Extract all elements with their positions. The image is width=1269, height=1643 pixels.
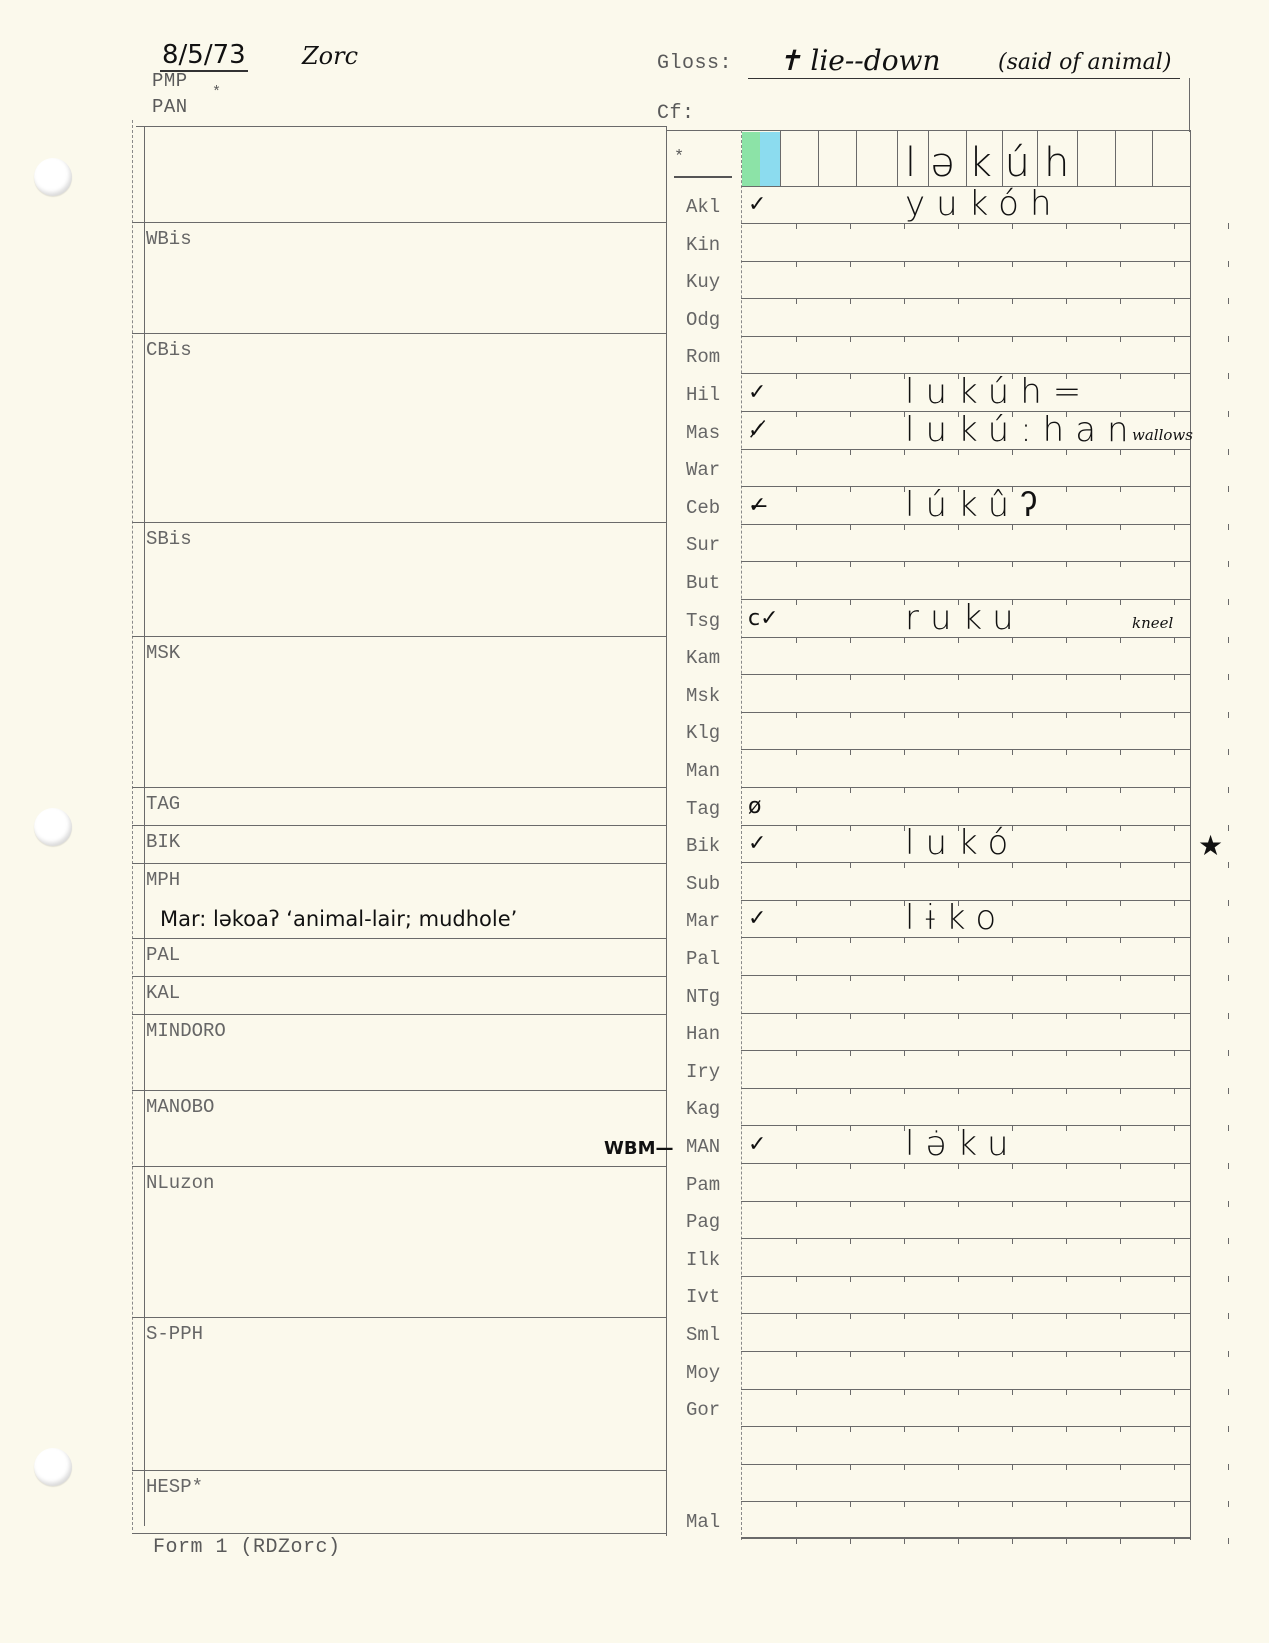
row-tick	[1012, 1389, 1013, 1395]
group-divider	[132, 863, 666, 864]
gloss-label: Gloss:	[657, 52, 732, 75]
row-tick	[958, 1163, 959, 1169]
row-tick	[958, 1013, 959, 1019]
row-tick	[1120, 223, 1121, 229]
group-divider	[132, 1014, 666, 1015]
form-label: Form 1 (RDZorc)	[153, 1536, 341, 1559]
row-tick	[1120, 1050, 1121, 1056]
row-tick	[958, 1050, 959, 1056]
group-divider	[132, 636, 666, 637]
row-tick	[1120, 599, 1121, 605]
row-tick	[904, 336, 905, 342]
row-tick	[1012, 223, 1013, 229]
row-tick	[850, 1276, 851, 1282]
row-line	[741, 1389, 1190, 1390]
row-tick	[904, 787, 905, 793]
group-label: KAL	[146, 982, 180, 1004]
row-tick	[850, 223, 851, 229]
row-tick	[904, 223, 905, 229]
row-tick	[904, 1050, 905, 1056]
check-mark: c✓	[748, 606, 779, 631]
row-tick	[850, 561, 851, 567]
row-tick	[1120, 298, 1121, 304]
row-tick	[1174, 1088, 1175, 1094]
group-divider	[132, 976, 666, 977]
reflex-form[interactable]: lukó	[905, 823, 1019, 863]
row-tick	[1012, 524, 1013, 530]
row-tick	[1120, 862, 1121, 868]
row-tick	[958, 1501, 959, 1507]
row-tick	[1066, 599, 1067, 605]
row-tick	[958, 261, 959, 267]
row-tick	[904, 561, 905, 567]
row-tick	[904, 1276, 905, 1282]
reflex-form[interactable]: lukúh=	[905, 372, 1092, 412]
row-tick	[850, 862, 851, 868]
row-tick	[1066, 1276, 1067, 1282]
punch-hole	[34, 808, 72, 846]
language-code: Msk	[686, 685, 720, 707]
row-tick	[1120, 1276, 1121, 1282]
row-tick	[796, 825, 797, 831]
reflex-form[interactable]: lúkûʔ	[905, 485, 1048, 525]
row-line	[741, 336, 1190, 337]
language-code: Kag	[686, 1098, 720, 1120]
row-tick	[796, 1013, 797, 1019]
row-tick	[1228, 787, 1229, 793]
reflex-form[interactable]: yukóh	[905, 184, 1063, 224]
row-tick	[1120, 449, 1121, 455]
row-tick	[1066, 1125, 1067, 1131]
row-tick	[1174, 900, 1175, 906]
row-tick	[958, 298, 959, 304]
row-tick	[904, 937, 905, 943]
row-tick	[796, 1464, 797, 1470]
frame-mid	[666, 126, 667, 1536]
row-tick	[1174, 1464, 1175, 1470]
row-tick	[850, 1201, 851, 1207]
row-tick	[1066, 1426, 1067, 1432]
row-tick	[1228, 825, 1229, 831]
check-mark: ✓	[748, 192, 766, 217]
row-tick	[796, 1276, 797, 1282]
row-tick	[850, 1501, 851, 1507]
row-tick	[1120, 1389, 1121, 1395]
row-tick	[1012, 749, 1013, 755]
row-tick	[1120, 373, 1121, 379]
row-tick	[1120, 1125, 1121, 1131]
row-tick	[1228, 561, 1229, 567]
row-tick	[1066, 336, 1067, 342]
row-tick	[1012, 1464, 1013, 1470]
row-tick	[796, 937, 797, 943]
row-tick	[796, 223, 797, 229]
row-tick	[850, 336, 851, 342]
gloss-note: (said of animal)	[998, 50, 1171, 75]
row-line	[741, 1276, 1190, 1277]
row-tick	[1228, 1125, 1229, 1131]
row-tick	[1228, 1426, 1229, 1432]
row-tick	[850, 373, 851, 379]
row-tick	[850, 787, 851, 793]
row-tick	[904, 1464, 905, 1470]
row-tick	[958, 1389, 959, 1395]
row-tick	[1174, 336, 1175, 342]
row-tick	[850, 411, 851, 417]
row-line	[741, 674, 1190, 675]
row-tick	[1066, 223, 1067, 229]
row-tick	[958, 1276, 959, 1282]
row-tick	[1012, 1050, 1013, 1056]
row-tick	[1228, 1351, 1229, 1357]
row-tick	[796, 712, 797, 718]
row-tick	[1120, 1201, 1121, 1207]
row-tick	[1012, 1238, 1013, 1244]
row-tick	[958, 561, 959, 567]
row-tick	[1174, 975, 1175, 981]
row-line	[741, 787, 1190, 788]
row-tick	[796, 1426, 797, 1432]
row-tick	[1066, 749, 1067, 755]
language-code: Hil	[686, 384, 720, 406]
row-tick	[1012, 712, 1013, 718]
row-tick	[1228, 373, 1229, 379]
language-code: Pam	[686, 1174, 720, 1196]
row-tick	[958, 524, 959, 530]
row-tick	[1174, 787, 1175, 793]
row-tick	[1012, 449, 1013, 455]
row-tick	[1228, 975, 1229, 981]
row-tick	[1066, 298, 1067, 304]
language-code: Man	[686, 760, 720, 782]
check-mark: ✓	[748, 1132, 766, 1157]
row-tick	[796, 599, 797, 605]
row-tick	[1012, 1276, 1013, 1282]
row-tick	[904, 449, 905, 455]
row-tick	[958, 712, 959, 718]
row-tick	[796, 298, 797, 304]
row-line	[741, 1313, 1190, 1314]
row-tick	[904, 862, 905, 868]
row-tick	[850, 1464, 851, 1470]
row-tick	[796, 1389, 797, 1395]
row-tick	[1120, 1088, 1121, 1094]
group-label: CBis	[146, 339, 192, 361]
row-tick	[1120, 749, 1121, 755]
row-tick	[850, 1426, 851, 1432]
row-line	[741, 1351, 1190, 1352]
row-tick	[1120, 825, 1121, 831]
row-tick	[958, 336, 959, 342]
row-tick	[1228, 749, 1229, 755]
highlight-green	[742, 132, 760, 186]
row-tick	[958, 674, 959, 680]
row-tick	[796, 900, 797, 906]
language-code: Sur	[686, 534, 720, 556]
row-tick	[1174, 674, 1175, 680]
row-tick	[1174, 261, 1175, 267]
row-tick	[958, 1238, 959, 1244]
reflex-form[interactable]: lə̇ku	[905, 1124, 1020, 1164]
row-tick	[1174, 1125, 1175, 1131]
row-tick	[1174, 1538, 1175, 1544]
row-tick	[1120, 1426, 1121, 1432]
date: 8/5/73	[160, 40, 248, 72]
row-tick	[1228, 336, 1229, 342]
group-note[interactable]: Mar: ləkoaʔ ‘animal-lair; mudhole’	[160, 907, 517, 931]
row-tick	[1012, 1088, 1013, 1094]
group-divider	[132, 333, 666, 334]
row-tick	[1066, 637, 1067, 643]
reflex-form[interactable]: lɨko	[905, 898, 1007, 938]
row-tick	[1228, 449, 1229, 455]
row-tick	[1120, 1351, 1121, 1357]
row-tick	[904, 1013, 905, 1019]
row-tick	[904, 261, 905, 267]
pan-label: PAN	[152, 96, 188, 118]
row-tick	[1012, 1013, 1013, 1019]
row-tick	[1066, 1163, 1067, 1169]
row-tick	[1228, 900, 1229, 906]
row-tick	[796, 1163, 797, 1169]
row-tick	[958, 975, 959, 981]
row-tick	[1120, 1538, 1121, 1544]
row-line	[741, 1426, 1190, 1427]
row-tick	[1066, 937, 1067, 943]
highlight-cyan	[760, 132, 780, 186]
row-tick	[1066, 787, 1067, 793]
row-tick	[1120, 975, 1121, 981]
row-tick	[1228, 1013, 1229, 1019]
row-tick	[850, 637, 851, 643]
row-tick	[1012, 975, 1013, 981]
language-code: Pag	[686, 1211, 720, 1233]
row-tick	[904, 1201, 905, 1207]
row-tick	[1066, 825, 1067, 831]
row-tick	[1174, 1389, 1175, 1395]
row-tick	[796, 261, 797, 267]
row-line	[741, 1050, 1190, 1051]
row-tick	[796, 1201, 797, 1207]
row-tick	[1012, 937, 1013, 943]
group-divider	[132, 1470, 666, 1471]
row-tick	[1174, 1501, 1175, 1507]
row-tick	[796, 1238, 797, 1244]
row-tick	[1012, 1351, 1013, 1357]
row-tick	[1120, 637, 1121, 643]
cell-divider	[1115, 130, 1116, 186]
gloss-value: ✝ lie--down	[778, 44, 941, 77]
row-line	[741, 712, 1190, 713]
group-label: TAG	[146, 793, 180, 815]
group-divider	[132, 1166, 666, 1167]
row-tick	[850, 749, 851, 755]
row-tick	[850, 1538, 851, 1544]
row-tick	[904, 712, 905, 718]
group-divider	[132, 1317, 666, 1318]
reconstruction-blank	[674, 176, 732, 178]
check-mark: ✓	[748, 380, 766, 405]
row-tick	[850, 900, 851, 906]
row-tick	[904, 524, 905, 530]
row-tick	[1228, 1163, 1229, 1169]
language-code: Klg	[686, 722, 720, 744]
row-tick	[1066, 1050, 1067, 1056]
row-tick	[1174, 599, 1175, 605]
row-tick	[1174, 449, 1175, 455]
row-tick	[850, 298, 851, 304]
row-tick	[1228, 1050, 1229, 1056]
row-tick	[904, 1389, 905, 1395]
row-tick	[904, 749, 905, 755]
row-line	[741, 1538, 1190, 1539]
row-tick	[796, 1538, 797, 1544]
row-tick	[1066, 1464, 1067, 1470]
row-tick	[850, 1163, 851, 1169]
row-tick	[1174, 1238, 1175, 1244]
language-code: Ceb	[686, 497, 720, 519]
row-tick	[904, 1088, 905, 1094]
row-tick	[958, 223, 959, 229]
row-tick	[958, 637, 959, 643]
row-tick	[1012, 1201, 1013, 1207]
row-tick	[1174, 298, 1175, 304]
row-tick	[1174, 712, 1175, 718]
row-tick	[1228, 1276, 1229, 1282]
row-tick	[1012, 1163, 1013, 1169]
row-line	[741, 1501, 1190, 1502]
row-tick	[796, 862, 797, 868]
row-tick	[1174, 1013, 1175, 1019]
language-code: Sub	[686, 873, 720, 895]
row-line	[741, 975, 1190, 976]
row-tick	[796, 1313, 797, 1319]
punch-hole	[34, 1448, 72, 1486]
row-line	[741, 1238, 1190, 1239]
row-tick	[1012, 1538, 1013, 1544]
row-tick	[1120, 1501, 1121, 1507]
gloss-note: kneel	[1132, 614, 1173, 632]
language-code: Gor	[686, 1399, 720, 1421]
row-tick	[1066, 975, 1067, 981]
row-tick	[850, 261, 851, 267]
row-tick	[796, 975, 797, 981]
row-tick	[1012, 862, 1013, 868]
reflex-form[interactable]: lukú:han	[905, 410, 1140, 450]
row-tick	[796, 373, 797, 379]
row-tick	[1228, 1201, 1229, 1207]
row-tick	[1066, 261, 1067, 267]
cell-divider	[856, 130, 857, 186]
row-tick	[1228, 1313, 1229, 1319]
group-label: BIK	[146, 831, 180, 853]
row-tick	[850, 524, 851, 530]
row-tick	[1228, 1088, 1229, 1094]
row-tick	[796, 1088, 797, 1094]
language-code: Iry	[686, 1061, 720, 1083]
row-tick	[1012, 637, 1013, 643]
frame-code-col	[741, 130, 742, 1540]
row-tick	[850, 825, 851, 831]
group-label: PAL	[146, 944, 180, 966]
row-tick	[1174, 749, 1175, 755]
language-code: Tsg	[686, 610, 720, 632]
language-code: Kin	[686, 234, 720, 256]
row-tick	[1066, 1538, 1067, 1544]
row-tick	[1012, 900, 1013, 906]
language-code: Rom	[686, 346, 720, 368]
row-tick	[1174, 862, 1175, 868]
row-tick	[1228, 1389, 1229, 1395]
row-tick	[1120, 1013, 1121, 1019]
row-tick	[1066, 1501, 1067, 1507]
row-tick	[850, 486, 851, 492]
row-tick	[1174, 937, 1175, 943]
row-tick	[1012, 298, 1013, 304]
row-tick	[1012, 336, 1013, 342]
row-tick	[1120, 900, 1121, 906]
language-code: War	[686, 459, 720, 481]
row-tick	[850, 1351, 851, 1357]
language-code: Akl	[686, 196, 720, 218]
side-note: WBM—	[604, 1138, 674, 1159]
row-tick	[1228, 298, 1229, 304]
row-tick	[850, 1125, 851, 1131]
row-tick	[850, 1050, 851, 1056]
row-tick	[958, 862, 959, 868]
pmp-star: *	[212, 84, 222, 101]
row-tick	[1120, 1163, 1121, 1169]
language-code: Mas	[686, 422, 720, 444]
row-tick	[1174, 411, 1175, 417]
check-mark: ✓̸	[748, 418, 766, 443]
row-line	[741, 1088, 1190, 1089]
language-code: Sml	[686, 1324, 720, 1346]
row-tick	[1228, 712, 1229, 718]
language-code: NTg	[686, 986, 720, 1008]
row-tick	[904, 1426, 905, 1432]
frame-right	[1190, 130, 1191, 1540]
group-label: MSK	[146, 642, 180, 664]
row-tick	[1228, 599, 1229, 605]
row-line	[741, 1464, 1190, 1465]
row-tick	[796, 336, 797, 342]
row-tick	[904, 1351, 905, 1357]
row-tick	[1228, 1538, 1229, 1544]
row-tick	[1174, 1426, 1175, 1432]
row-tick	[850, 599, 851, 605]
check-mark: ✓	[748, 906, 766, 931]
cell-divider	[897, 130, 898, 186]
row-tick	[1120, 1464, 1121, 1470]
row-tick	[850, 1013, 851, 1019]
row-tick	[850, 449, 851, 455]
reconstruction-star: *	[674, 148, 685, 167]
row-tick	[1066, 561, 1067, 567]
pmp-label: PMP	[152, 72, 188, 90]
row-tick	[958, 749, 959, 755]
row-tick	[1120, 1238, 1121, 1244]
row-tick	[904, 975, 905, 981]
row-tick	[1012, 1501, 1013, 1507]
row-tick	[1174, 1351, 1175, 1357]
row-tick	[1174, 1313, 1175, 1319]
row-tick	[1066, 862, 1067, 868]
reflex-form[interactable]: ruku	[905, 598, 1025, 638]
row-tick	[796, 486, 797, 492]
row-line	[741, 561, 1190, 562]
row-tick	[1174, 561, 1175, 567]
